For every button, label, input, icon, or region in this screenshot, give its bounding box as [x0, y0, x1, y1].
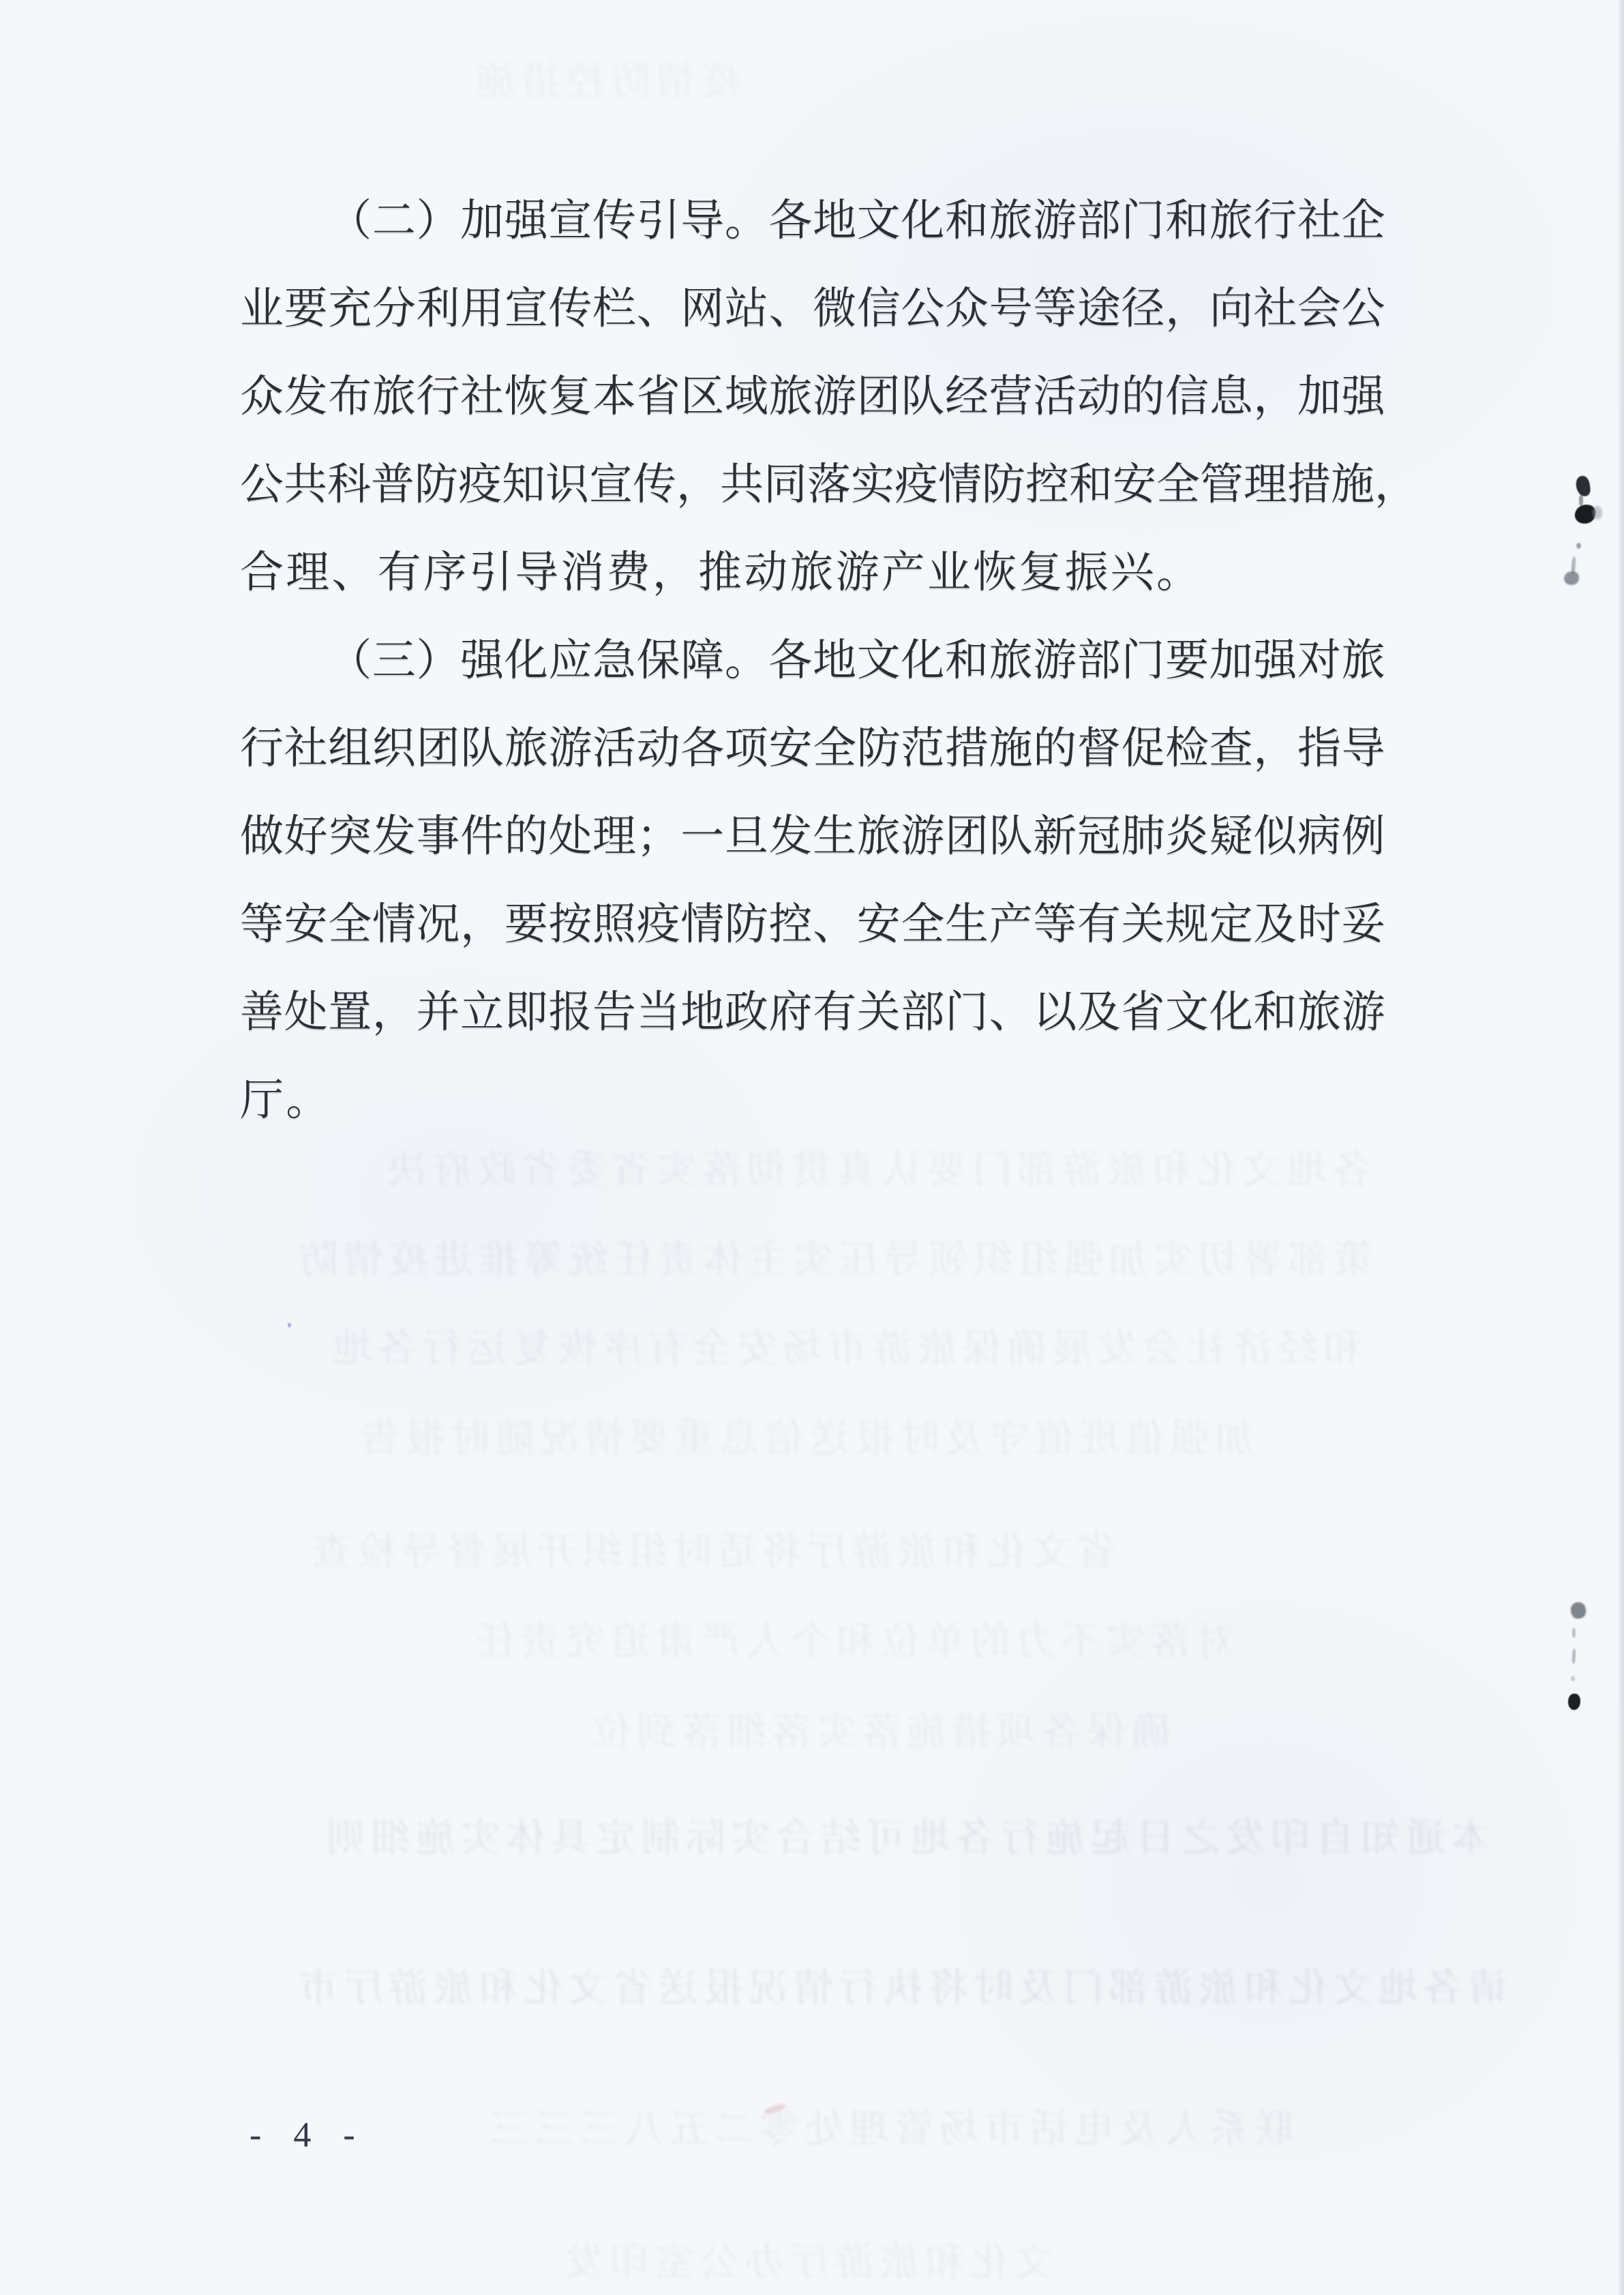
- ink-smudge: [1569, 1601, 1587, 1619]
- text-line: 公共科普防疫知识宣传，共同落实疫情防控和安全管理措施，: [240, 436, 1385, 524]
- bleedthrough-line: 对落实不力的单位和个人严肃追究责任: [470, 1609, 1235, 1666]
- bleedthrough-line: 疫情防控措施: [470, 49, 740, 106]
- document-text: （二）加强宣传引导。各地文化和旅游部门和旅行社企业要充分利用宣传栏、网站、微信公…: [240, 172, 1385, 1140]
- ink-smudge: [1572, 1649, 1576, 1664]
- ink-smudge: [1571, 556, 1576, 574]
- text-line: 厅。: [240, 1052, 1385, 1140]
- bleedthrough-line: 请各地文化和旅游部门及时将执行情况报送省文化和旅游厅市: [293, 1955, 1508, 2013]
- ink-smudge: [1593, 506, 1602, 520]
- scan-edge-shadow: [1617, 0, 1624, 2295]
- bleedthrough-line: 策部署切实加强组织领导压实主体责任统筹推进疫情防: [293, 1227, 1373, 1285]
- text-line: 业要充分利用宣传栏、网站、微信公众号等途径，向社会公: [240, 260, 1385, 348]
- bleedthrough-line: 各地文化和旅游部门要认真贯彻落实省委省政府决: [382, 1137, 1372, 1195]
- bleedthrough-line: 文化和旅游厅办公室印发: [559, 2230, 1054, 2287]
- bleedthrough-line: 和经济社会发展确保旅游市场安全有序恢复运行各地: [327, 1316, 1362, 1373]
- text-line: 等安全情况，要按照疫情防控、安全生产等有关规定及时妥: [240, 876, 1385, 964]
- ink-smudge: [1572, 1628, 1576, 1638]
- text-line: 善处置，并立即报告当地政府有关部门、以及省文化和旅游: [240, 964, 1385, 1052]
- ink-smudge: [1571, 1676, 1575, 1681]
- ink-dot: [1575, 475, 1591, 497]
- text-line: 做好突发事件的处理；一旦发生旅游团队新冠肺炎疑似病例: [240, 788, 1385, 876]
- page-number: - 4 -: [250, 2115, 361, 2155]
- ink-dot: [1568, 1694, 1580, 1710]
- ink-dot: [1574, 504, 1597, 525]
- bleedthrough-line: 加强值班值守及时报送信息重要情况随时报告: [355, 1406, 1254, 1463]
- bleedthrough-line: 本通知自印发之日起施行各地可结合实际制定具体实施细则: [320, 1805, 1490, 1863]
- ink-fleck: [288, 1323, 291, 1327]
- text-line: 合理、有序引导消费，推动旅游产业恢复振兴。: [240, 524, 1385, 612]
- text-line: （三）强化应急保障。各地文化和旅游部门要加强对旅: [240, 612, 1385, 700]
- ink-smudge: [1579, 495, 1583, 506]
- text-line: （二）加强宣传引导。各地文化和旅游部门和旅行社企: [240, 172, 1385, 260]
- ink-smudge: [1576, 543, 1581, 549]
- ink-fleck: [763, 2102, 787, 2116]
- bleedthrough-line: 省文化和旅游厅将适时组织开展督导检查: [307, 1519, 1117, 1576]
- ink-smudge: [1563, 571, 1580, 586]
- text-line: 行社组织团队旅游活动各项安全防范措施的督促检查，指导: [240, 700, 1385, 788]
- bleedthrough-line: 联系人及电话市场管理处零二五八三三三: [484, 2097, 1294, 2154]
- text-line: 众发布旅行社恢复本省区域旅游团队经营活动的信息，加强: [240, 348, 1385, 436]
- bleedthrough-line: 确保各项措施落实落细落到位: [586, 1699, 1171, 1756]
- scanned-page: 疫情防控措施各地文化和旅游部门要认真贯彻落实省委省政府决策部署切实加强组织领导压…: [0, 0, 1624, 2295]
